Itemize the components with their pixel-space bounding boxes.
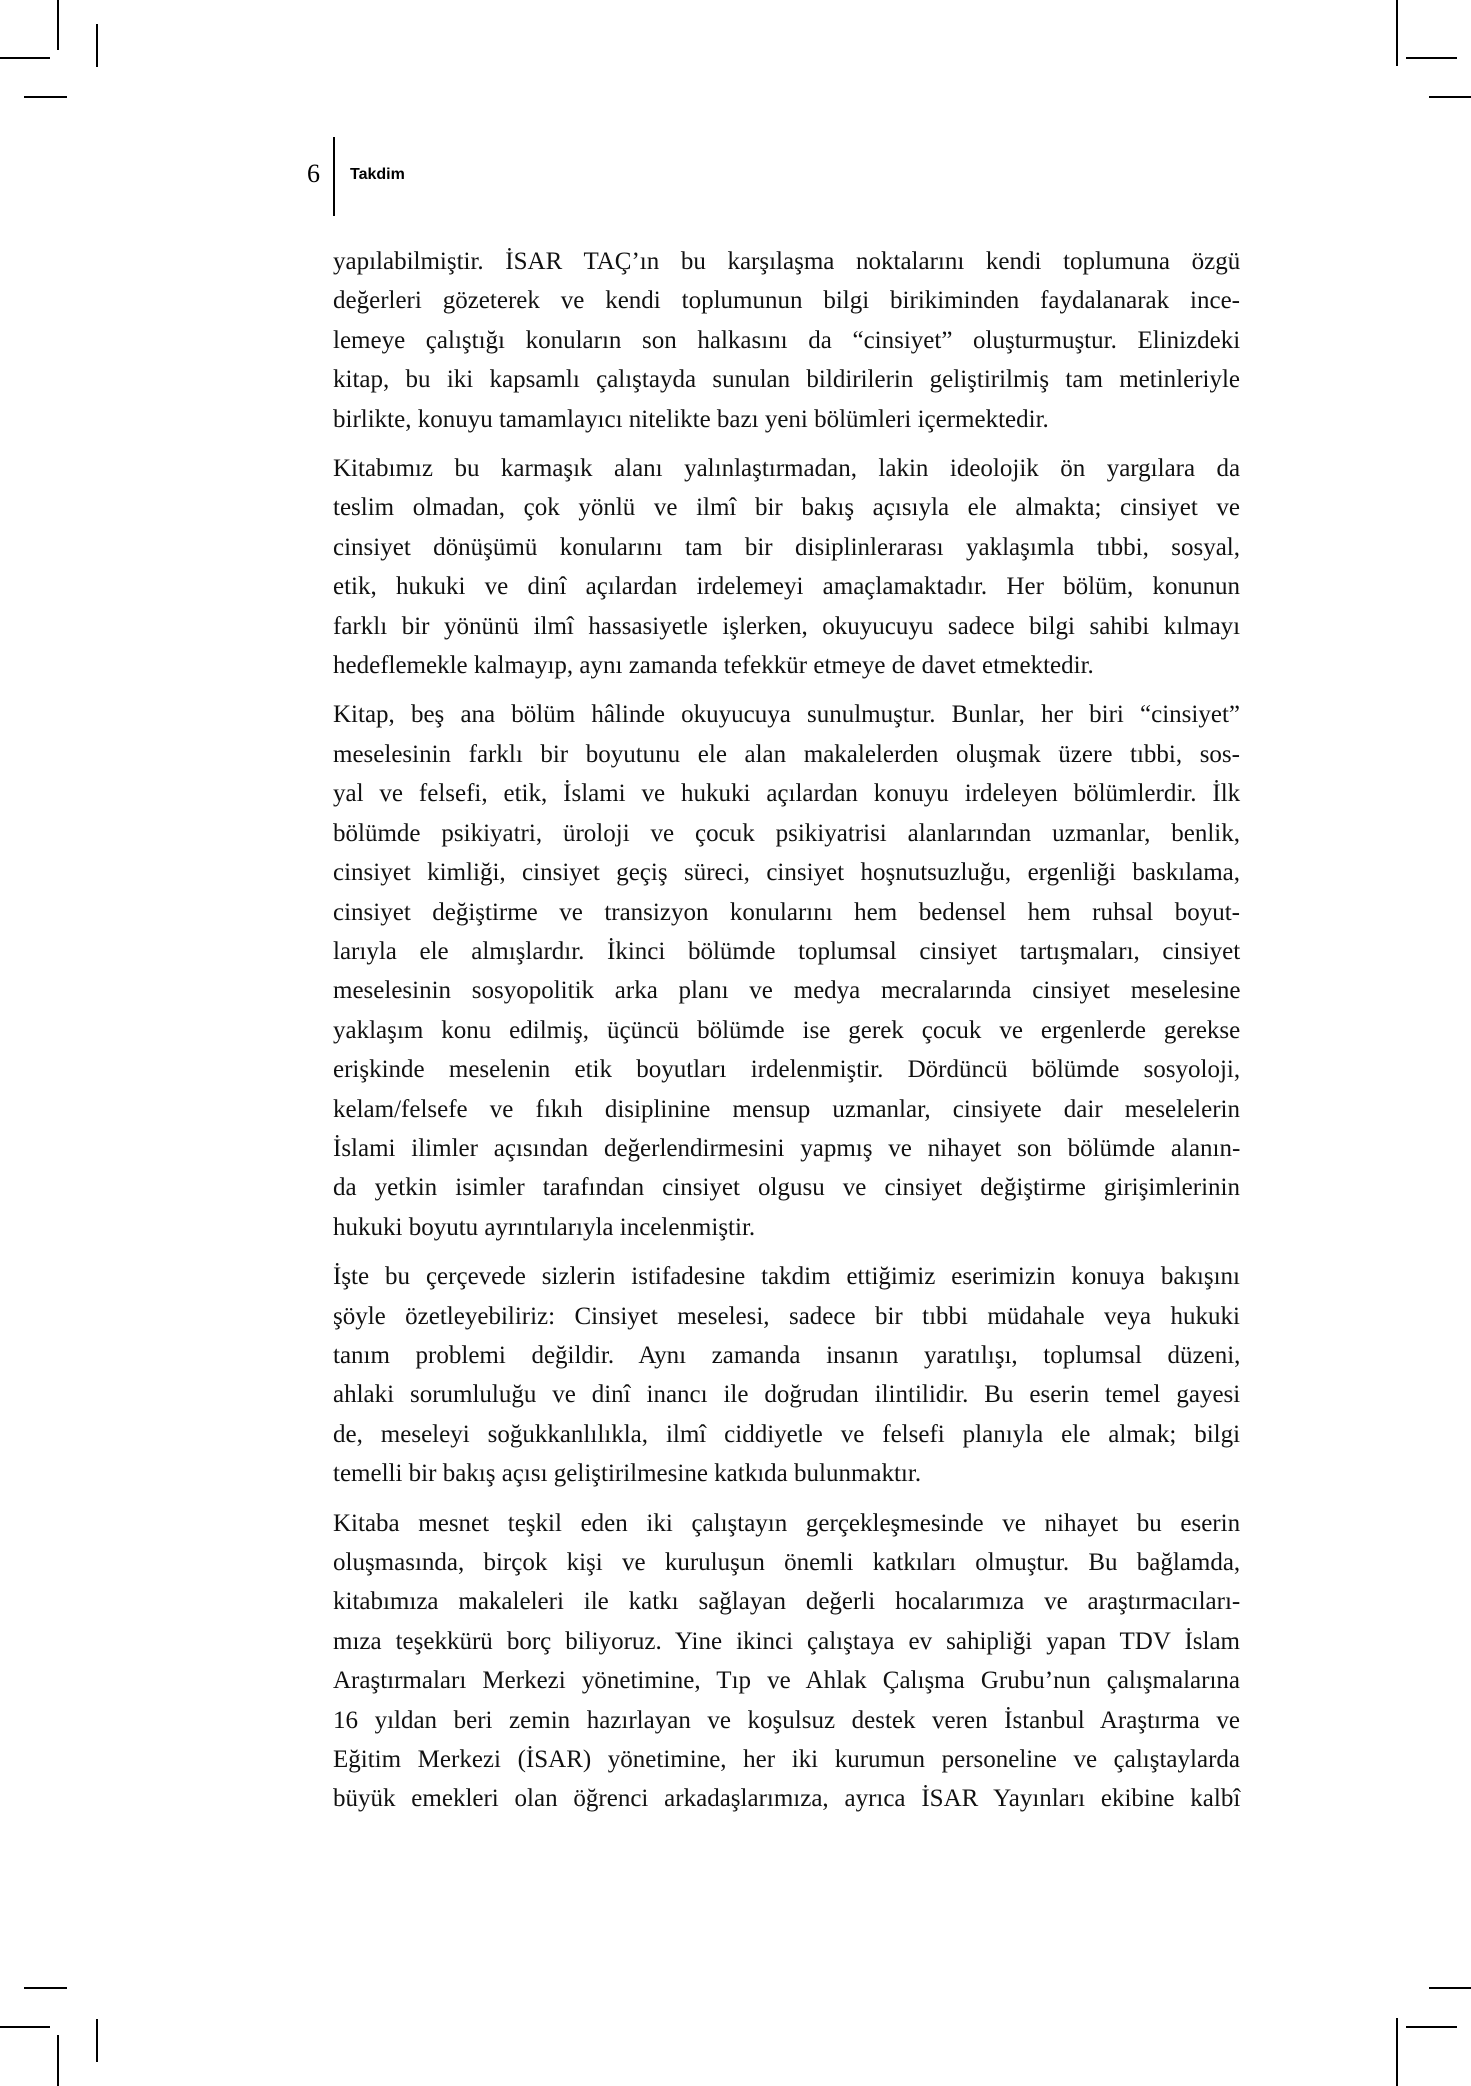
text-line: kelam/felsefe ve fıkıh disiplinine mensu… bbox=[333, 1090, 1240, 1129]
text-line: Araştırmaları Merkezi yönetimine, Tıp ve… bbox=[333, 1661, 1240, 1700]
text-line: etik, hukuki ve dinî açılardan irdelemey… bbox=[333, 567, 1240, 606]
text-line: büyük emekleri olan öğrenci arkadaşlarım… bbox=[333, 1779, 1240, 1818]
header-divider bbox=[333, 137, 335, 216]
body-text: yapılabilmiştir. İSAR TAÇ’ın bu karşılaş… bbox=[333, 242, 1240, 1829]
text-line: kitabımıza makaleleri ile katkı sağlayan… bbox=[333, 1582, 1240, 1621]
text-line: cinsiyet değiştirme ve transizyon konula… bbox=[333, 893, 1240, 932]
paragraph: Kitap, beş ana bölüm hâlinde okuyucuya s… bbox=[333, 695, 1240, 1247]
text-line: Eğitim Merkezi (İSAR) yönetimine, her ik… bbox=[333, 1740, 1240, 1779]
text-line: İşte bu çerçevede sizlerin istifadesine … bbox=[333, 1257, 1240, 1296]
text-line: Kitap, beş ana bölüm hâlinde okuyucuya s… bbox=[333, 695, 1240, 734]
paragraph: yapılabilmiştir. İSAR TAÇ’ın bu karşılaş… bbox=[333, 242, 1240, 439]
text-line: temelli bir bakış açısı geliştirilmesine… bbox=[333, 1454, 1240, 1493]
text-line: şöyle özetleyebiliriz: Cinsiyet meselesi… bbox=[333, 1297, 1240, 1336]
text-line: yapılabilmiştir. İSAR TAÇ’ın bu karşılaş… bbox=[333, 242, 1240, 281]
crop-mark-bottom-left-inner-vertical bbox=[96, 2019, 98, 2062]
text-line: mıza teşekkürü borç biliyoruz. Yine ikin… bbox=[333, 1622, 1240, 1661]
text-line: hedeflemekle kalmayıp, aynı zamanda tefe… bbox=[333, 646, 1240, 685]
crop-mark-bottom-left-outer-vertical bbox=[57, 2035, 59, 2086]
text-line: İslami ilimler açısından değerlendirmesi… bbox=[333, 1129, 1240, 1168]
text-line: teslim olmadan, çok yönlü ve ilmî bir ba… bbox=[333, 488, 1240, 527]
text-line: larıyla ele almışlardır. İkinci bölümde … bbox=[333, 932, 1240, 971]
text-line: da yetkin isimler tarafından cinsiyet ol… bbox=[333, 1168, 1240, 1207]
text-line: kitap, bu iki kapsamlı çalıştayda sunula… bbox=[333, 360, 1240, 399]
crop-mark-bottom-right-outer-vertical bbox=[1396, 2018, 1398, 2086]
text-line: oluşmasında, birçok kişi ve kuruluşun ön… bbox=[333, 1543, 1240, 1582]
text-line: lemeye çalıştığı konuların son halkasını… bbox=[333, 321, 1240, 360]
text-line: farklı bir yönünü ilmî hassasiyetle işle… bbox=[333, 607, 1240, 646]
paragraph: Kitaba mesnet teşkil eden iki çalıştayın… bbox=[333, 1504, 1240, 1819]
text-line: birlikte, konuyu tamamlayıcı nitelikte b… bbox=[333, 400, 1240, 439]
crop-mark-top-right-outer-vertical bbox=[1396, 0, 1398, 66]
text-line: cinsiyet dönüşümü konularını tam bir dis… bbox=[333, 528, 1240, 567]
paragraph: İşte bu çerçevede sizlerin istifadesine … bbox=[333, 1257, 1240, 1493]
text-line: meselesinin farklı bir boyutunu ele alan… bbox=[333, 735, 1240, 774]
crop-mark-bottom-left-inner-horizontal bbox=[24, 1987, 67, 1989]
crop-mark-top-right-inner-horizontal bbox=[1429, 96, 1471, 98]
text-line: de, meseleyi soğukkanlılıkla, ilmî ciddi… bbox=[333, 1415, 1240, 1454]
text-line: Kitabımız bu karmaşık alanı yalınlaştırm… bbox=[333, 449, 1240, 488]
text-line: yal ve felsefi, etik, İslami ve hukuki a… bbox=[333, 774, 1240, 813]
text-line: hukuki boyutu ayrıntılarıyla incelenmişt… bbox=[333, 1208, 1240, 1247]
crop-mark-bottom-left-outer-horizontal bbox=[0, 2026, 50, 2028]
crop-mark-top-left-inner-horizontal bbox=[24, 96, 67, 98]
crop-mark-bottom-right-inner-horizontal bbox=[1429, 1987, 1471, 1989]
text-line: bölümde psikiyatri, üroloji ve çocuk psi… bbox=[333, 814, 1240, 853]
crop-mark-top-left-inner-vertical bbox=[96, 24, 98, 67]
text-line: değerleri gözeterek ve kendi toplumunun … bbox=[333, 281, 1240, 320]
text-line: yaklaşım konu edilmiş, üçüncü bölümde is… bbox=[333, 1011, 1240, 1050]
text-line: tanım problemi değildir. Aynı zamanda in… bbox=[333, 1336, 1240, 1375]
running-title: Takdim bbox=[350, 165, 405, 185]
text-line: ahlaki sorumluluğu ve dinî inancı ile do… bbox=[333, 1375, 1240, 1414]
page-number: 6 bbox=[307, 159, 320, 189]
crop-mark-top-right-outer-horizontal bbox=[1406, 57, 1457, 59]
text-line: Kitaba mesnet teşkil eden iki çalıştayın… bbox=[333, 1504, 1240, 1543]
paragraph: Kitabımız bu karmaşık alanı yalınlaştırm… bbox=[333, 449, 1240, 685]
crop-mark-bottom-right-outer-horizontal bbox=[1406, 2026, 1457, 2028]
text-line: 16 yıldan beri zemin hazırlayan ve koşul… bbox=[333, 1701, 1240, 1740]
text-line: erişkinde meselenin etik boyutları irdel… bbox=[333, 1050, 1240, 1089]
text-line: meselesinin sosyopolitik arka planı ve m… bbox=[333, 971, 1240, 1010]
crop-mark-top-left-outer-horizontal bbox=[0, 57, 50, 59]
crop-mark-top-left-outer-vertical bbox=[57, 0, 59, 50]
text-line: cinsiyet kimliği, cinsiyet geçiş süreci,… bbox=[333, 853, 1240, 892]
